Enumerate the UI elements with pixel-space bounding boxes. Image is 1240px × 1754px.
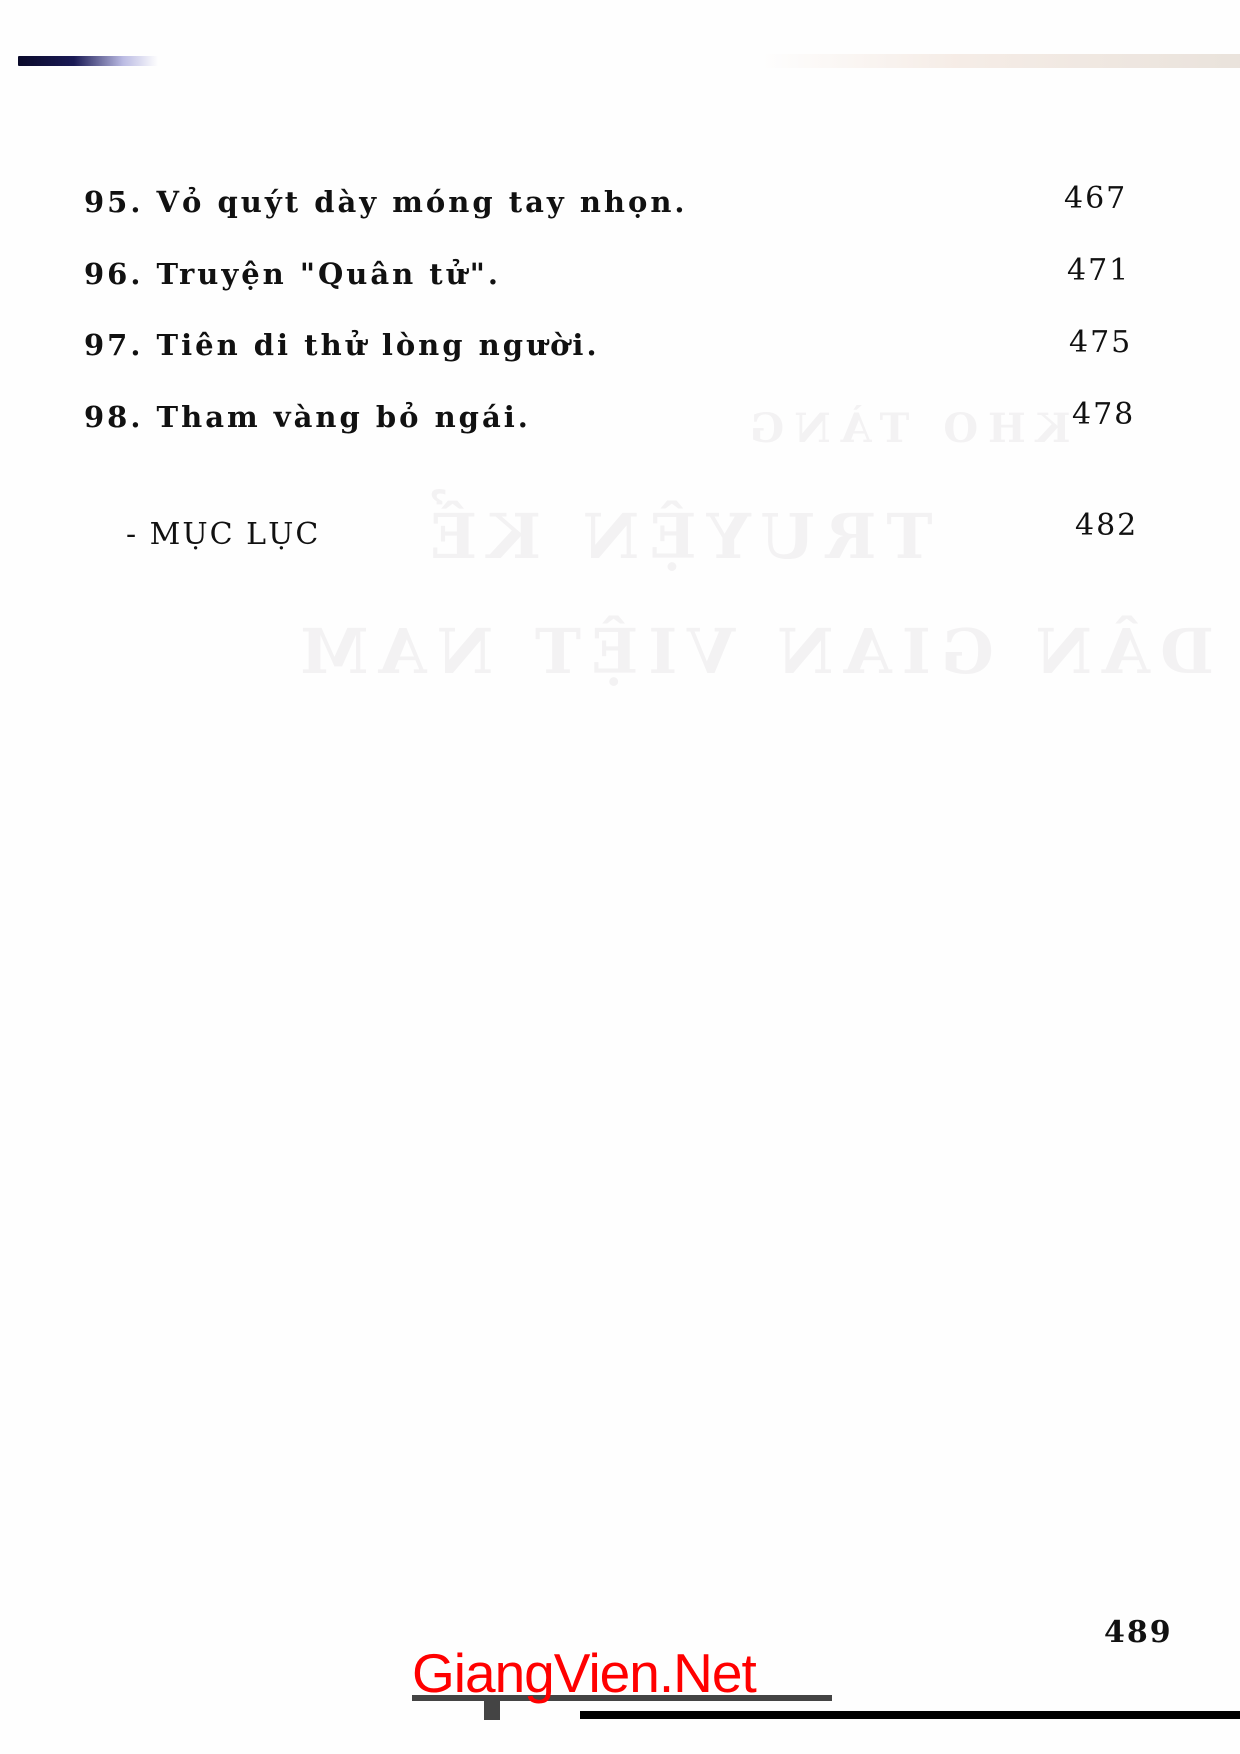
toc-index-entry: - MỤC LỤC <box>126 520 320 550</box>
toc-entry-97: 97. Tiên di thử lòng người. <box>84 331 600 360</box>
scan-artifact-top-right <box>760 54 1240 68</box>
bleed-through-text: TRUYỆN KỂ <box>420 500 933 573</box>
toc-page-95: 467 <box>1064 184 1127 214</box>
toc-page-97: 475 <box>1069 328 1132 358</box>
toc-entry-95: 95. Vỏ quýt dày móng tay nhọn. <box>84 188 688 217</box>
toc-entry-96: 96. Truyện "Quân tử". <box>84 260 501 289</box>
scan-artifact-top-left <box>18 56 158 66</box>
toc-page-96: 471 <box>1067 256 1130 286</box>
watermark-link[interactable]: GiangVien.Net <box>412 1646 756 1701</box>
bleed-through-text: KHO TÀNG <box>740 405 1071 452</box>
bleed-through-text: DÂN GIAN VIỆT NAM <box>290 615 1214 688</box>
toc-index-page: 482 <box>1075 511 1138 541</box>
page-number: 489 <box>1104 1618 1173 1648</box>
book-page: KHO TÀNG TRUYỆN KỂ DÂN GIAN VIỆT NAM 95.… <box>0 0 1240 1754</box>
toc-entry-98: 98. Tham vàng bỏ ngái. <box>84 403 531 432</box>
bottom-rule <box>580 1711 1240 1719</box>
toc-page-98: 478 <box>1072 400 1135 430</box>
